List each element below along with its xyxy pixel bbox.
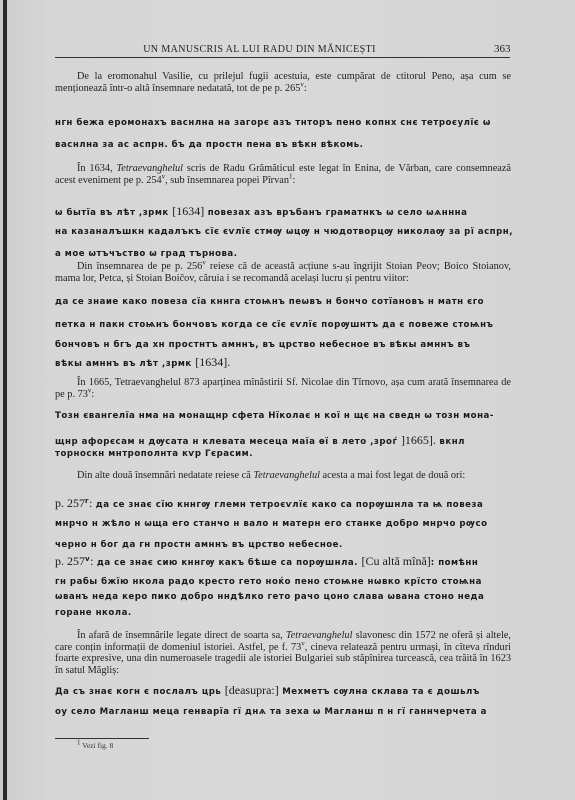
slavonic-text: щнр афорєсам н дѹсата н клевата месеца м… <box>55 437 401 447</box>
slavonic-note-1-line-2: васнлна за ас аспрн. бъ да простн пена в… <box>55 140 515 150</box>
slavonic-text: вѣкы амннъ въ лѣт ,зрмк <box>55 359 195 369</box>
paragraph-3: Din însemnarea de pe p. 256v reiese că d… <box>55 261 511 284</box>
running-title: UN MANUSCRIS AL LUI RADU DIN MĂNICEȘTI <box>58 44 461 55</box>
slavonic-text: Да съ знає когн є послалъ црь <box>55 687 225 697</box>
slavonic-text: Мехметъ сѹлна склава та є дошьлъ <box>279 687 480 697</box>
paragraph-text: Din însemnarea de pe p. 256 <box>77 261 202 272</box>
slavonic-text: : помѣнн <box>431 558 479 568</box>
slavonic-note-3-line-1: да се знаие како повеза сїа кннга стоѩнъ… <box>55 297 515 307</box>
title-italic: Tetraevanghelul <box>253 470 320 481</box>
slavonic-note-5-line-6: ѡванъ неда керо пико добро нндѣлко гето … <box>55 592 515 602</box>
scan-edge <box>3 0 7 800</box>
paragraph-1: De la eromonahul Vasilie, cu prilejul fu… <box>55 71 511 94</box>
editorial-note: [deasupra:] <box>225 683 279 697</box>
slavonic-text: да се знає сїю кннгѹ глемн тетроєѵлїє ка… <box>92 500 483 510</box>
slavonic-note-5-line-3: черно н бог да гн простн амннъ въ црство… <box>55 540 515 550</box>
slavonic-note-5-line-5: гн рабы бжїю нкола радо кресто гето ноќо… <box>55 577 515 587</box>
slavonic-note-5-line-7: горане нкола. <box>55 608 515 618</box>
slavonic-note-6-line-1: Да съ знає когн є послалъ црь [deasupra:… <box>55 683 515 698</box>
slavonic-note-4-line-1: Тозн євангелїа нма на монащнр сфета Нїко… <box>55 411 515 421</box>
footnote-rule <box>55 738 149 739</box>
slavonic-note-5-line-2: мнрчо н жѣло н ѡща его станчо н вало н м… <box>55 519 515 529</box>
punct: : <box>292 175 295 186</box>
year-mark: [1634] <box>172 204 204 218</box>
slavonic-text: вкнл <box>436 437 465 447</box>
slavonic-note-2-line-1: ѡ бытїа въ лѣт ,зрмк [1634] повезах азъ … <box>55 204 515 219</box>
paragraph-text: În afară de însemnările legate direct de… <box>77 630 286 641</box>
page-number: 363 <box>494 43 511 55</box>
page-ref: p. 257 <box>55 496 85 510</box>
slavonic-note-5-line-1: p. 257r: да се знає сїю кннгѹ глемн тетр… <box>55 496 515 511</box>
slavonic-note-5-line-4: p. 257v: да се знає сию кннгѹ какъ бѣше … <box>55 554 515 569</box>
document-page: UN MANUSCRIS AL LUI RADU DIN MĂNICEȘTI 3… <box>3 0 575 800</box>
footnote-text: Vezi fig. 8 <box>82 741 113 750</box>
slavonic-text: ѡ бытїа въ лѣт ,зрмк <box>55 208 172 218</box>
slavonic-note-2-line-3: а мое ѡтъчъство ѡ град търнова. <box>55 249 515 259</box>
header-rule <box>55 57 510 58</box>
slavonic-note-6-line-2: оу село Магланш меца генварїа гї днѧ та … <box>55 707 515 717</box>
slavonic-note-3-line-3: бончовъ н бгъ да хн простнтъ амннъ, въ ц… <box>55 340 515 350</box>
paragraph-text: Din alte două însemnări nedatate reiese … <box>77 470 253 481</box>
title-italic: Tetraevanghelul <box>286 630 353 641</box>
slavonic-note-3-line-4: вѣкы амннъ въ лѣт ,зрмк [1634]. <box>55 355 515 370</box>
paragraph-text: , sub însemnarea popei Pîrvan <box>165 175 289 186</box>
editorial-note: [Cu altă mînă] <box>361 554 430 568</box>
title-italic: Tetraevanghelul <box>116 163 183 174</box>
slavonic-note-2-line-2: на казаналъшкн кадалъкъ сїє єѵлїє стмѹ ѡ… <box>55 227 515 237</box>
footnote: 1 Vezi fig. 8 <box>77 741 113 750</box>
paragraph-text: În 1665, Tetraevanghelul 873 aparținea m… <box>55 377 511 400</box>
paragraph-5: Din alte două însemnări nedatate reiese … <box>55 470 511 482</box>
paragraph-text: acesta a mai fost legat de două ori: <box>320 470 465 481</box>
year-mark: [1634]. <box>195 355 230 369</box>
slavonic-note-4-line-2: щнр афорєсам н дѹсата н клевата месеца м… <box>55 433 515 448</box>
year-mark: ]1665]. <box>401 433 436 447</box>
paragraph-6: În afară de însemnările legate direct de… <box>55 630 511 676</box>
slavonic-note-4-line-3: торноскн мнтрополнта кѵр Гєрасим. <box>55 449 515 459</box>
paragraph-4: În 1665, Tetraevanghelul 873 aparținea m… <box>55 377 511 400</box>
paragraph-2: În 1634, Tetraevanghelul scris de Radu G… <box>55 163 511 186</box>
paragraph-text: De la eromonahul Vasilie, cu prilejul fu… <box>55 71 511 94</box>
paragraph-text: În 1634, <box>77 163 116 174</box>
punct: : <box>304 83 307 94</box>
punct: : <box>91 389 94 400</box>
slavonic-note-1-line-1: нгн бежа еромонахъ васнлна на загорє азъ… <box>55 118 515 128</box>
slavonic-text: да се знає сию кннгѹ какъ бѣше са порѹшн… <box>93 558 361 568</box>
slavonic-note-3-line-2: петка н пакн стоѩнъ бончовъ когда се сїє… <box>55 320 515 330</box>
page-ref: p. 257 <box>55 554 85 568</box>
slavonic-text: повезах азъ връбанъ граматнкъ ѡ село ѡѧн… <box>204 208 467 218</box>
footnote-number: 1 <box>77 739 81 747</box>
